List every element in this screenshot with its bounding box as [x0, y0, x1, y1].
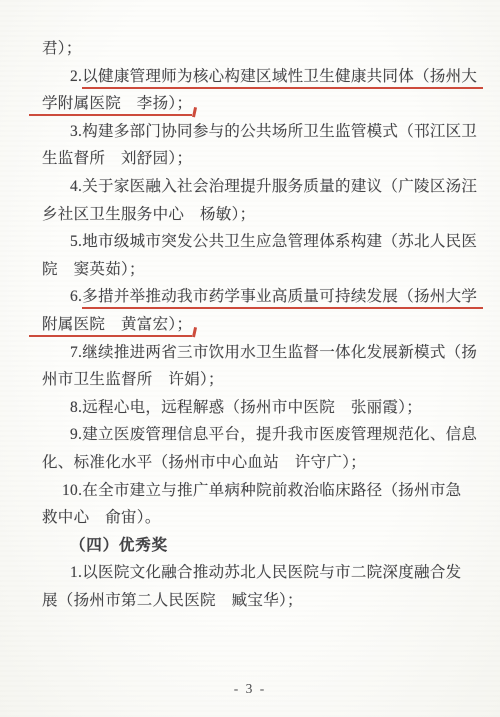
text-segment: 2. [70, 68, 82, 85]
text-segment: 7.继续推进两省三市饮用水卫生监督一体化发展新模式（扬 [70, 344, 477, 361]
document-line: 7.继续推进两省三市饮用水卫生监督一体化发展新模式（扬 [42, 339, 476, 367]
text-segment: （四）优秀奖 [70, 537, 168, 554]
text-segment: 救中心 俞宙）。 [42, 509, 161, 526]
document-line: 1.以医院文化融合推动苏北人民医院与市二院深度融合发 [42, 559, 476, 587]
document-line: 君）； [42, 35, 476, 63]
scanned-document-page: 君）；2.以健康管理师为核心构建区域性卫生健康共同体（扬州大学附属医院 李扬）；… [0, 0, 500, 717]
document-line: 学附属医院 李扬）； [42, 90, 476, 118]
text-segment: 1.以医院文化融合推动苏北人民医院与市二院深度融合发 [70, 564, 461, 581]
red-underlined-text: 学附属医院 李扬）； [29, 95, 192, 116]
text-segment: 化、标准化水平（扬州市中心血站 许守广）； [42, 454, 366, 471]
document-line: 8.远程心电，远程解惑（扬州市中医院 张丽霞）； [42, 394, 476, 422]
text-segment: 10.在全市建立与推广单病种院前救治临床路径（扬州市急 [62, 482, 461, 499]
page-number: - 3 - [0, 681, 500, 697]
text-segment: 君）； [42, 40, 82, 57]
text-segment: 展（扬州市第二人民医院 臧宝华）； [42, 592, 303, 609]
red-underlined-text: 以健康管理师为核心构建区域性卫生健康共同体（扬州大 [82, 68, 483, 89]
document-line: 10.在全市建立与推广单病种院前救治临床路径（扬州市急 [42, 477, 476, 505]
document-line: 3.构建多部门协同参与的公共场所卫生监管模式（邗江区卫 [42, 118, 476, 146]
text-segment: 生监督所 刘舒园）； [42, 150, 192, 167]
text-segment: 乡社区卫生服务中心 杨敏）； [42, 206, 255, 223]
document-line: 展（扬州市第二人民医院 臧宝华）； [42, 587, 476, 615]
document-line: 州市卫生监督所 许娟）； [42, 366, 476, 394]
document-line: 6.多措并举推动我市药学事业高质量可持续发展（扬州大学 [42, 283, 476, 311]
red-underlined-text: 多措并举推动我市药学事业高质量可持续发展（扬州大学 [82, 288, 483, 309]
section-heading: （四）优秀奖 [42, 532, 476, 560]
text-segment: 6. [70, 288, 82, 305]
document-line: 院 窦英茹）； [42, 256, 476, 284]
document-line: 附属医院 黄富宏）； [42, 311, 476, 339]
document-line: 乡社区卫生服务中心 杨敏）； [42, 201, 476, 229]
document-line: 救中心 俞宙）。 [42, 504, 476, 532]
text-segment: 9.建立医废管理信息平台，提升我市医废管理规范化、信息 [70, 426, 477, 443]
text-segment: 院 窦英茹）； [42, 261, 145, 278]
document-line: 生监督所 刘舒园）； [42, 145, 476, 173]
text-segment: 8.远程心电，远程解惑（扬州市中医院 张丽霞）； [70, 399, 422, 416]
text-segment: 4.关于家医融入社会治理提升服务质量的建议（广陵区汤汪 [70, 178, 477, 195]
document-line: 4.关于家医融入社会治理提升服务质量的建议（广陵区汤汪 [42, 173, 476, 201]
document-line: 2.以健康管理师为核心构建区域性卫生健康共同体（扬州大 [42, 63, 476, 91]
red-underlined-text: 附属医院 黄富宏）； [29, 316, 192, 337]
text-segment: 5.地市级城市突发公共卫生应急管理体系构建（苏北人民医 [70, 233, 477, 250]
text-segment: 3.构建多部门协同参与的公共场所卫生监管模式（邗江区卫 [70, 123, 477, 140]
document-line: 5.地市级城市突发公共卫生应急管理体系构建（苏北人民医 [42, 228, 476, 256]
document-line: 9.建立医废管理信息平台，提升我市医废管理规范化、信息 [42, 421, 476, 449]
text-segment: 州市卫生监督所 许娟）； [42, 371, 224, 388]
document-body: 君）；2.以健康管理师为核心构建区域性卫生健康共同体（扬州大学附属医院 李扬）；… [42, 35, 476, 614]
document-line: 化、标准化水平（扬州市中心血站 许守广）； [42, 449, 476, 477]
